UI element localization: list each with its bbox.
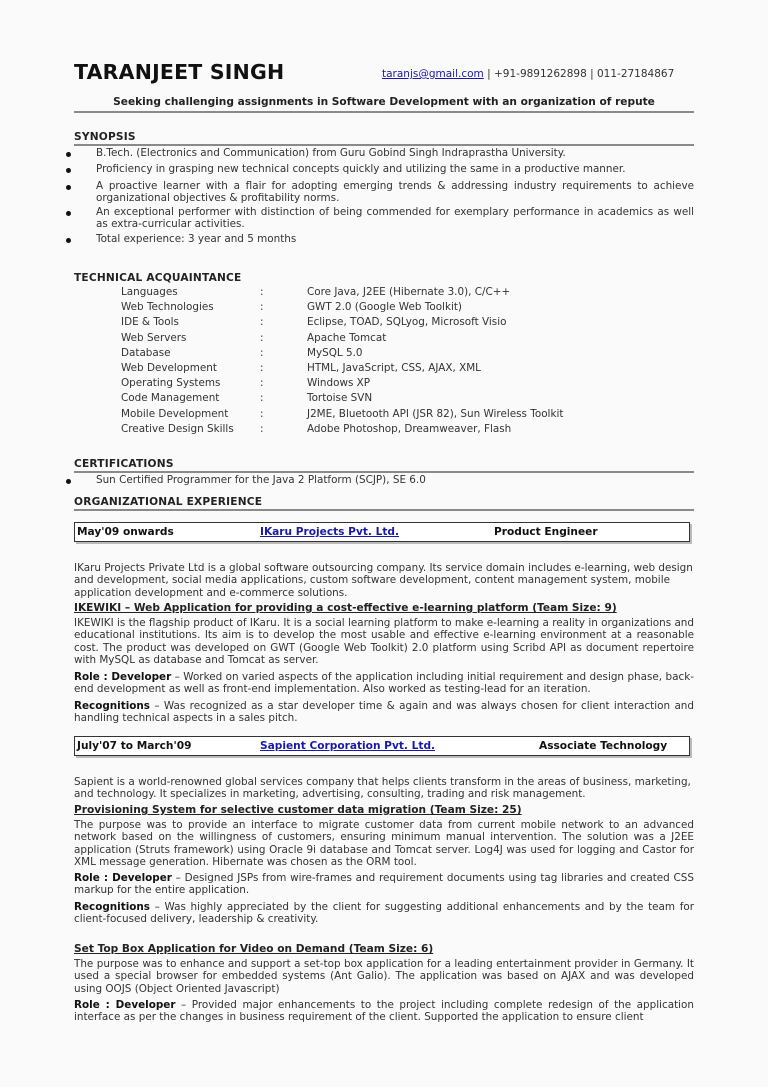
divider	[74, 144, 694, 146]
skill-label: Database	[121, 347, 171, 359]
company-description: Sapient is a world-renowned global servi…	[74, 776, 694, 801]
colon: :	[260, 377, 264, 389]
project-description: The purpose was to enhance and support a…	[74, 958, 694, 995]
role-label: Role : Developer	[74, 999, 175, 1011]
skill-value: Eclipse, TOAD, SQLyog, Microsoft Visio	[307, 316, 506, 328]
project-recognitions: Recognitions – Was highly appreciated by…	[74, 901, 694, 926]
skill-label: Creative Design Skills	[121, 423, 234, 435]
project-role: Role : Developer – Designed JSPs from wi…	[74, 872, 694, 897]
section-title-certifications: CERTIFICATIONS	[74, 458, 174, 470]
career-objective: Seeking challenging assignments in Softw…	[74, 96, 694, 108]
job-title: Product Engineer	[494, 526, 598, 538]
project-role: Role : Developer – Provided major enhanc…	[74, 999, 694, 1024]
job-dates: May'09 onwards	[77, 526, 174, 538]
skill-value: Core Java, J2EE (Hibernate 3.0), C/C++	[307, 286, 510, 298]
synopsis-item: Total experience: 3 year and 5 months	[78, 233, 694, 245]
colon: :	[260, 423, 264, 435]
candidate-name: TARANJEET SINGH	[74, 60, 284, 84]
project-title: Provisioning System for selective custom…	[74, 804, 522, 816]
skill-label: Web Technologies	[121, 301, 214, 313]
recognitions-text: – Was highly appreciated by the client f…	[74, 901, 694, 925]
project-description: IKEWIKI is the flagship product of IKaru…	[74, 617, 694, 666]
skill-label: Web Development	[121, 362, 217, 374]
skill-label: Operating Systems	[121, 377, 220, 389]
section-title-synopsis: SYNOPSIS	[74, 131, 136, 143]
skill-value: HTML, JavaScript, CSS, AJAX, XML	[307, 362, 481, 374]
email-link[interactable]: taranjs@gmail.com	[382, 68, 484, 80]
skill-label: Languages	[121, 286, 178, 298]
recognitions-text: – Was recognized as a star developer tim…	[74, 700, 694, 724]
job-dates: July'07 to March'09	[77, 740, 191, 752]
skill-label: IDE & Tools	[121, 316, 179, 328]
separator: |	[484, 68, 494, 80]
section-title-technical: TECHNICAL ACQUAINTANCE	[74, 272, 241, 284]
colon: :	[260, 362, 264, 374]
landline-phone: 011-27184867	[597, 68, 674, 80]
skill-label: Web Servers	[121, 332, 186, 344]
colon: :	[260, 301, 264, 313]
project-recognitions: Recognitions – Was recognized as a star …	[74, 700, 694, 725]
section-title-experience: ORGANIZATIONAL EXPERIENCE	[74, 496, 262, 508]
project-role: Role : Developer – Worked on varied aspe…	[74, 671, 694, 696]
divider	[74, 509, 694, 511]
colon: :	[260, 332, 264, 344]
synopsis-item: B.Tech. (Electronics and Communication) …	[78, 147, 694, 159]
project-title: Set Top Box Application for Video on Dem…	[74, 943, 433, 955]
job-header-sapient: July'07 to March'09 Sapient Corporation …	[74, 736, 690, 756]
synopsis-item: Proficiency in grasping new technical co…	[78, 163, 694, 175]
recognitions-label: Recognitions	[74, 901, 150, 913]
divider	[74, 471, 694, 473]
company-link[interactable]: Sapient Corporation Pvt. Ltd.	[260, 740, 435, 752]
skill-value: Windows XP	[307, 377, 370, 389]
synopsis-item: An exceptional performer with distinctio…	[78, 206, 694, 231]
skill-label: Code Management	[121, 392, 219, 404]
skill-value: Tortoise SVN	[307, 392, 372, 404]
skill-value: J2ME, Bluetooth API (JSR 82), Sun Wirele…	[307, 408, 563, 420]
skill-label: Mobile Development	[121, 408, 228, 420]
recognitions-label: Recognitions	[74, 700, 150, 712]
colon: :	[260, 408, 264, 420]
project-description: The purpose was to provide an interface …	[74, 819, 694, 868]
role-label: Role : Developer	[74, 671, 171, 683]
divider	[74, 111, 694, 113]
job-header-ikaru: May'09 onwards IKaru Projects Pvt. Ltd. …	[74, 522, 690, 542]
skill-value: GWT 2.0 (Google Web Toolkit)	[307, 301, 462, 313]
certifications-list: Sun Certified Programmer for the Java 2 …	[78, 474, 694, 490]
skill-value: Adobe Photoshop, Dreamweaver, Flash	[307, 423, 511, 435]
project-title: IKEWIKI – Web Application for providing …	[74, 602, 617, 614]
synopsis-item: A proactive learner with a flair for ado…	[78, 180, 694, 205]
company-description: IKaru Projects Private Ltd is a global s…	[74, 562, 694, 599]
colon: :	[260, 392, 264, 404]
role-label: Role : Developer	[74, 872, 172, 884]
skill-value: MySQL 5.0	[307, 347, 363, 359]
job-title: Associate Technology	[539, 740, 667, 752]
separator: |	[587, 68, 597, 80]
company-link[interactable]: IKaru Projects Pvt. Ltd.	[260, 526, 399, 538]
certification-item: Sun Certified Programmer for the Java 2 …	[78, 474, 694, 486]
synopsis-list: B.Tech. (Electronics and Communication) …	[78, 147, 694, 249]
skill-value: Apache Tomcat	[307, 332, 386, 344]
mobile-phone: +91-9891262898	[494, 68, 587, 80]
colon: :	[260, 286, 264, 298]
colon: :	[260, 347, 264, 359]
colon: :	[260, 316, 264, 328]
contact-line: taranjs@gmail.com | +91-9891262898 | 011…	[382, 68, 674, 80]
